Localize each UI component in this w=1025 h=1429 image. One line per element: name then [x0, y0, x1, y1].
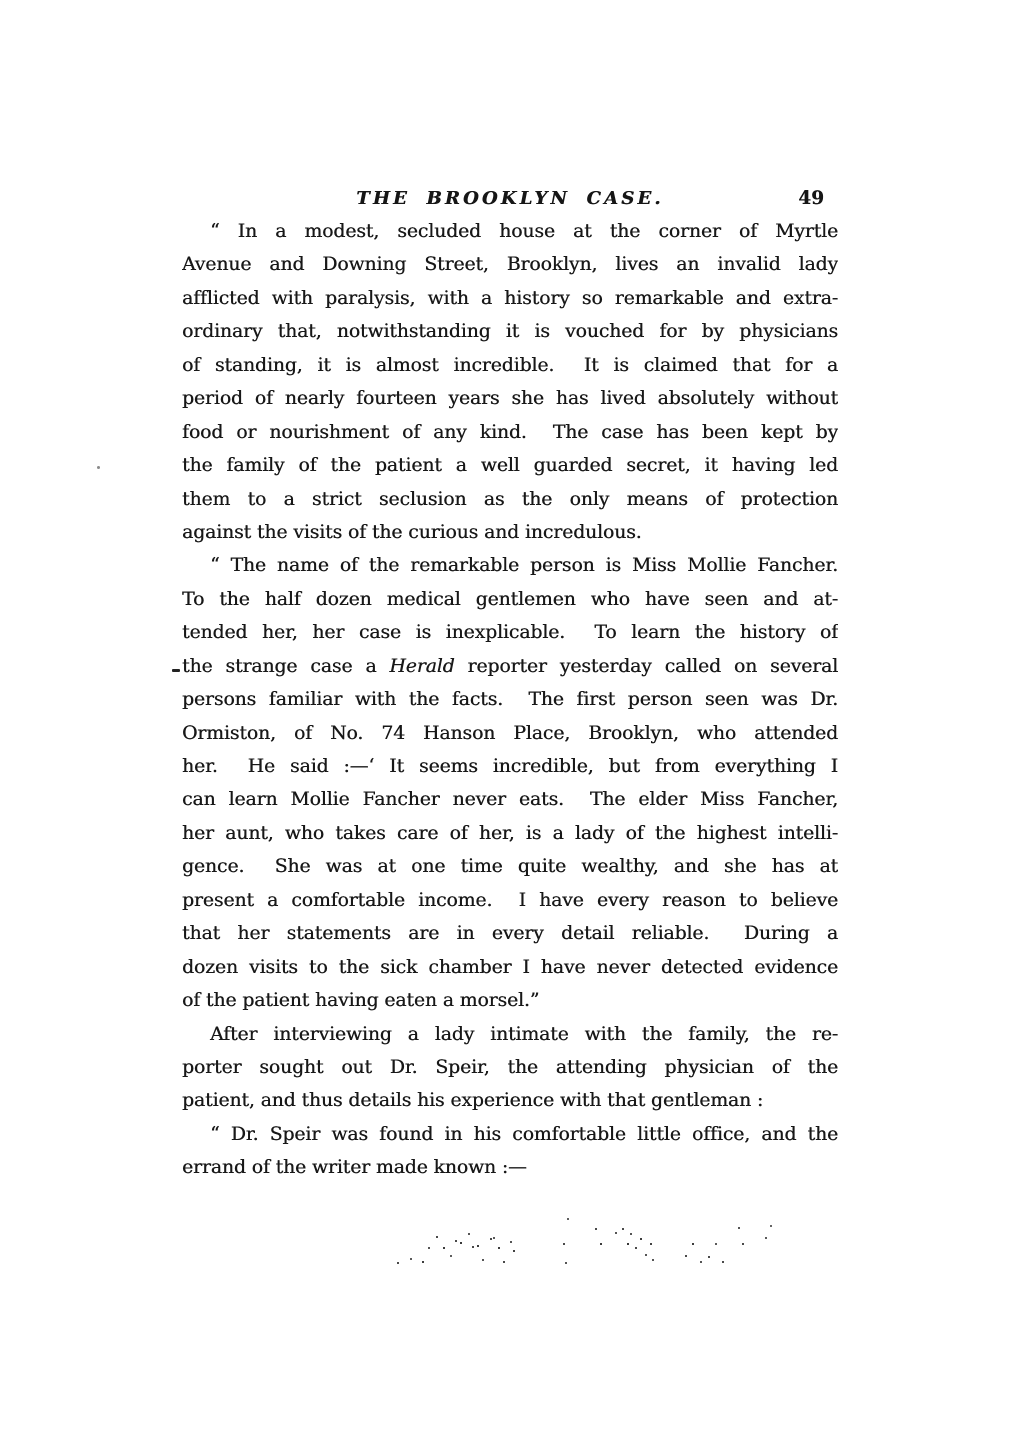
scan-noise-specks [0, 0, 2, 2]
text-line: food or nourishment of any kind. The cas… [182, 416, 838, 449]
text-line: After interviewing a lady intimate with … [182, 1018, 838, 1051]
text-line: period of nearly fourteen years she has … [182, 382, 838, 415]
text-line: Avenue and Downing Street, Brooklyn, liv… [182, 248, 838, 281]
text-line: “ Dr. Speir was found in his comfortable… [182, 1118, 838, 1151]
text-line: of standing, it is almost incredible. It… [182, 349, 838, 382]
text-line: Ormiston, of No. 74 Hanson Place, Brookl… [182, 717, 838, 750]
text-line: “ The name of the remarkable person is M… [182, 549, 838, 582]
text-line: persons familiar with the facts. The fir… [182, 683, 838, 716]
text-line: that her statements are in every detail … [182, 917, 838, 950]
text-line: against the visits of the curious and in… [182, 516, 838, 549]
text-line: the family of the patient a well guarded… [182, 449, 838, 482]
margin-speck [97, 466, 100, 469]
text-line: them to a strict seclusion as the only m… [182, 483, 838, 516]
text-line: tended her, her case is inexplicable. To… [182, 616, 838, 649]
text-line: dozen visits to the sick chamber I have … [182, 951, 838, 984]
text-line: of the patient having eaten a morsel.” [182, 984, 838, 1017]
text-line: present a comfortable income. I have eve… [182, 884, 838, 917]
margin-dash-mark [172, 669, 180, 672]
text-line: her aunt, who takes care of her, is a la… [182, 817, 838, 850]
text-line: her. He said :—‘ It seems incredible, bu… [182, 750, 838, 783]
text-line: afflicted with paralysis, with a history… [182, 282, 838, 315]
text-line: the strange case a Herald reporter yeste… [182, 650, 838, 683]
text-line: To the half dozen medical gentlemen who … [182, 583, 838, 616]
running-head: THE BROOKLYN CASE. 49 [182, 188, 838, 214]
page-number: 49 [798, 188, 824, 209]
text-line: “ In a modest, secluded house at the cor… [182, 215, 838, 248]
text-line: errand of the writer made known :— [182, 1151, 838, 1184]
page-body: “ In a modest, secluded house at the cor… [182, 215, 838, 1185]
text-line: gence. She was at one time quite wealthy… [182, 850, 838, 883]
text-line: porter sought out Dr. Speir, the attendi… [182, 1051, 838, 1084]
text-line: ordinary that, notwithstanding it is vou… [182, 315, 838, 348]
page-title: THE BROOKLYN CASE. [182, 188, 838, 209]
text-line: can learn Mollie Fancher never eats. The… [182, 783, 838, 816]
text-line: patient, and thus details his experience… [182, 1084, 838, 1117]
book-page: THE BROOKLYN CASE. 49 “ In a modest, sec… [0, 0, 1025, 1429]
